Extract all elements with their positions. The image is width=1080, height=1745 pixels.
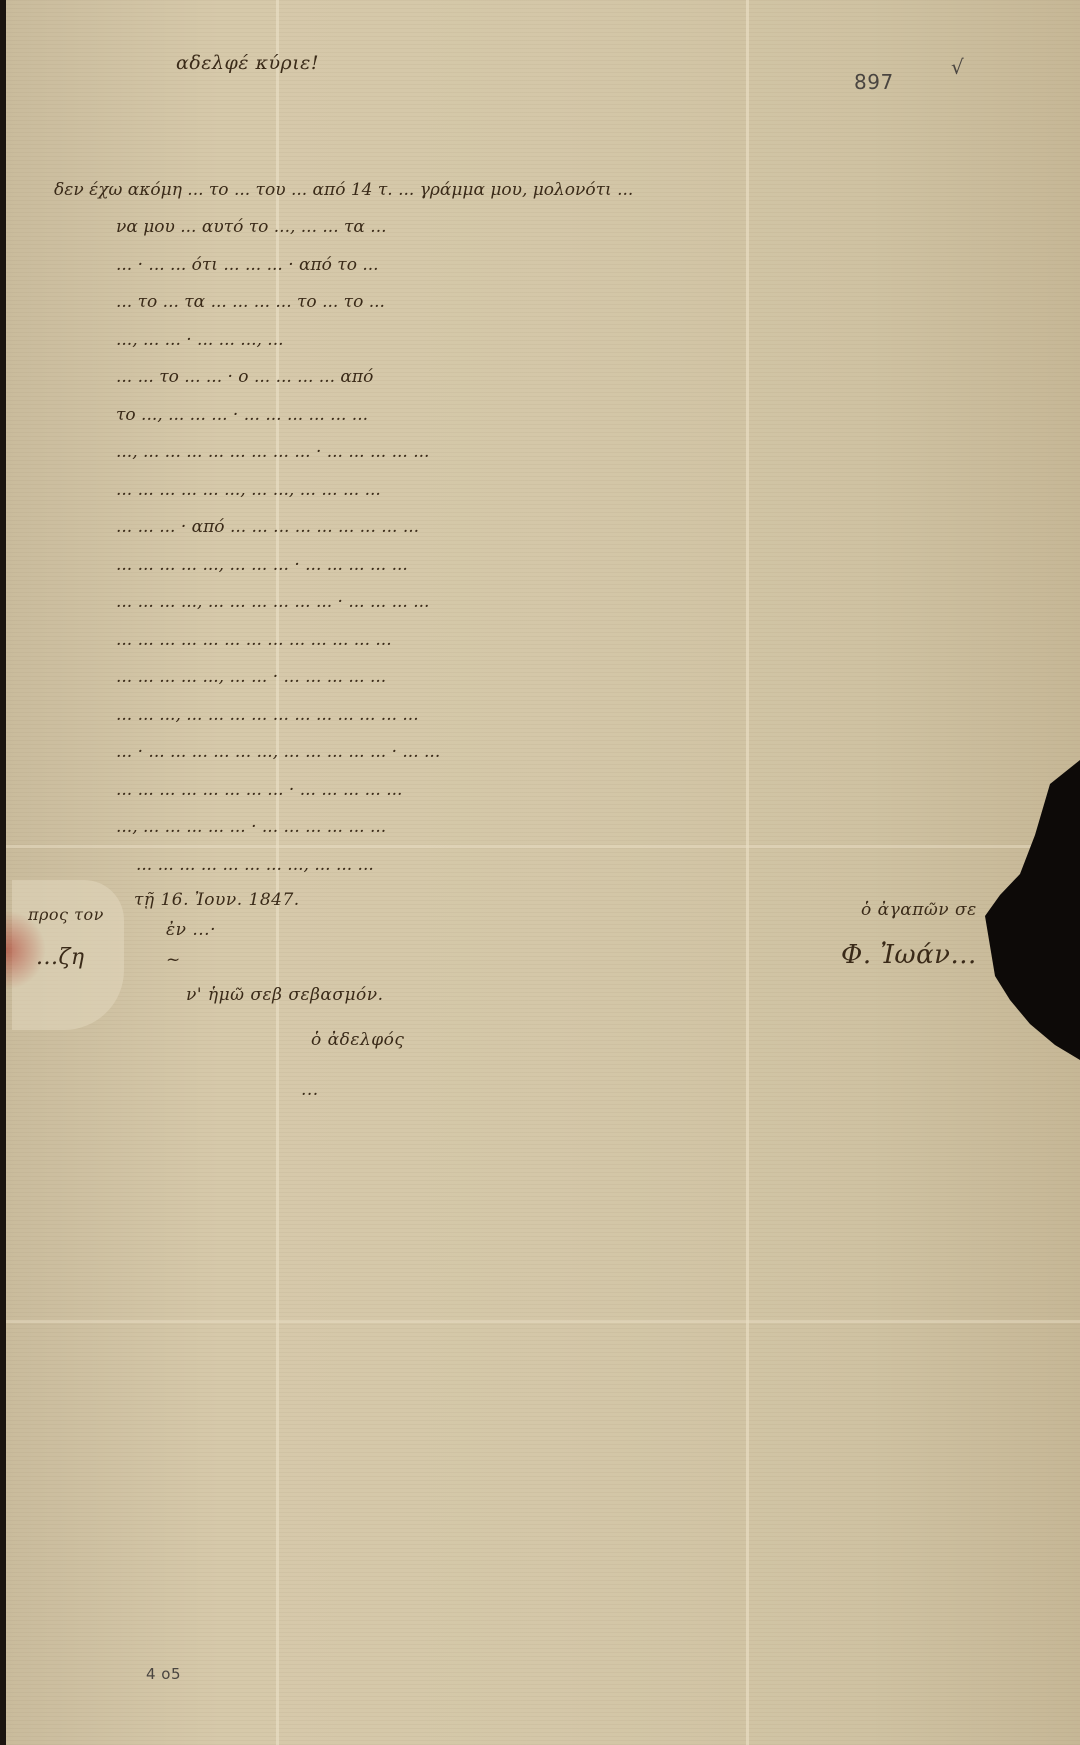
checkmark-icon: √ — [951, 55, 964, 79]
body-line: να μου ... αυτό το ..., ... ... τα ... — [116, 217, 1080, 237]
fold-line — [6, 845, 1080, 848]
flourish: ~ — [166, 950, 181, 970]
postscript-from: ὁ ἀδελφός — [311, 1030, 404, 1050]
place-line: ἐν ...· — [166, 920, 216, 940]
body-line: ..., ... ... ... ... ... · ... ... ... .… — [116, 817, 1080, 837]
bottom-pencil-note: 4 ο5 — [146, 1665, 181, 1683]
body-line: ... ... το ... ... · ο ... ... ... ... α… — [116, 367, 1080, 387]
body-line: ... ... ... ... ..., ... ... · ... ... .… — [116, 667, 1080, 687]
postscript-name: ... — [301, 1080, 319, 1100]
body-line: ... ... ... ..., ... ... ... ... ... ...… — [116, 592, 1080, 612]
body-line: ... · ... ... ... ... ... ..., ... ... .… — [116, 742, 1080, 762]
body-line: ... ... ... ... ... ..., ... ..., ... ..… — [116, 480, 1080, 500]
folio-number: 897 — [854, 70, 894, 94]
body-line: ... ... ... ... ..., ... ... ... · ... .… — [116, 555, 1080, 575]
body-line: ... ... ... ... ... ... ... ..., ... ...… — [136, 855, 1080, 875]
body-line: ... ... ..., ... ... ... ... ... ... ...… — [116, 705, 1080, 725]
body-line: δεν έχω ακόμη ... το ... του ... από 14 … — [54, 180, 1080, 200]
margin-note: ...ζη — [36, 945, 85, 970]
body-line: ... · ... ... ότι ... ... ... · από το .… — [116, 255, 1080, 275]
body-line: το ..., ... ... ... · ... ... ... ... ..… — [116, 405, 1080, 425]
salutation: αδελφέ κύριε! — [176, 52, 319, 74]
body-line: ... το ... τα ... ... ... ... το ... το … — [116, 292, 1080, 312]
signature: Φ. Ἰωάν... — [841, 940, 977, 970]
postscript: ν' ἡμῶ σεβ σεβασμόν. — [186, 985, 384, 1005]
body-line: ... ... ... ... ... ... ... ... ... ... … — [116, 630, 1080, 650]
body-line: ..., ... ... · ... ... ..., ... — [116, 330, 1080, 350]
body-line: ..., ... ... ... ... ... ... ... ... · .… — [116, 442, 1080, 462]
closing: ὁ ἀγαπῶν σε — [861, 900, 977, 920]
body-line: ... ... ... ... ... ... ... ... · ... ..… — [116, 780, 1080, 800]
manuscript-page: αδελφέ κύριε! 897 √ δεν έχω ακόμη ... το… — [6, 0, 1080, 1745]
date-line: τῇ 16. Ἰουν. 1847. — [134, 890, 300, 910]
fold-line — [6, 1320, 1080, 1323]
body-line: ... ... ... · από ... ... ... ... ... ..… — [116, 517, 1080, 537]
margin-note: προς τον — [28, 905, 104, 924]
